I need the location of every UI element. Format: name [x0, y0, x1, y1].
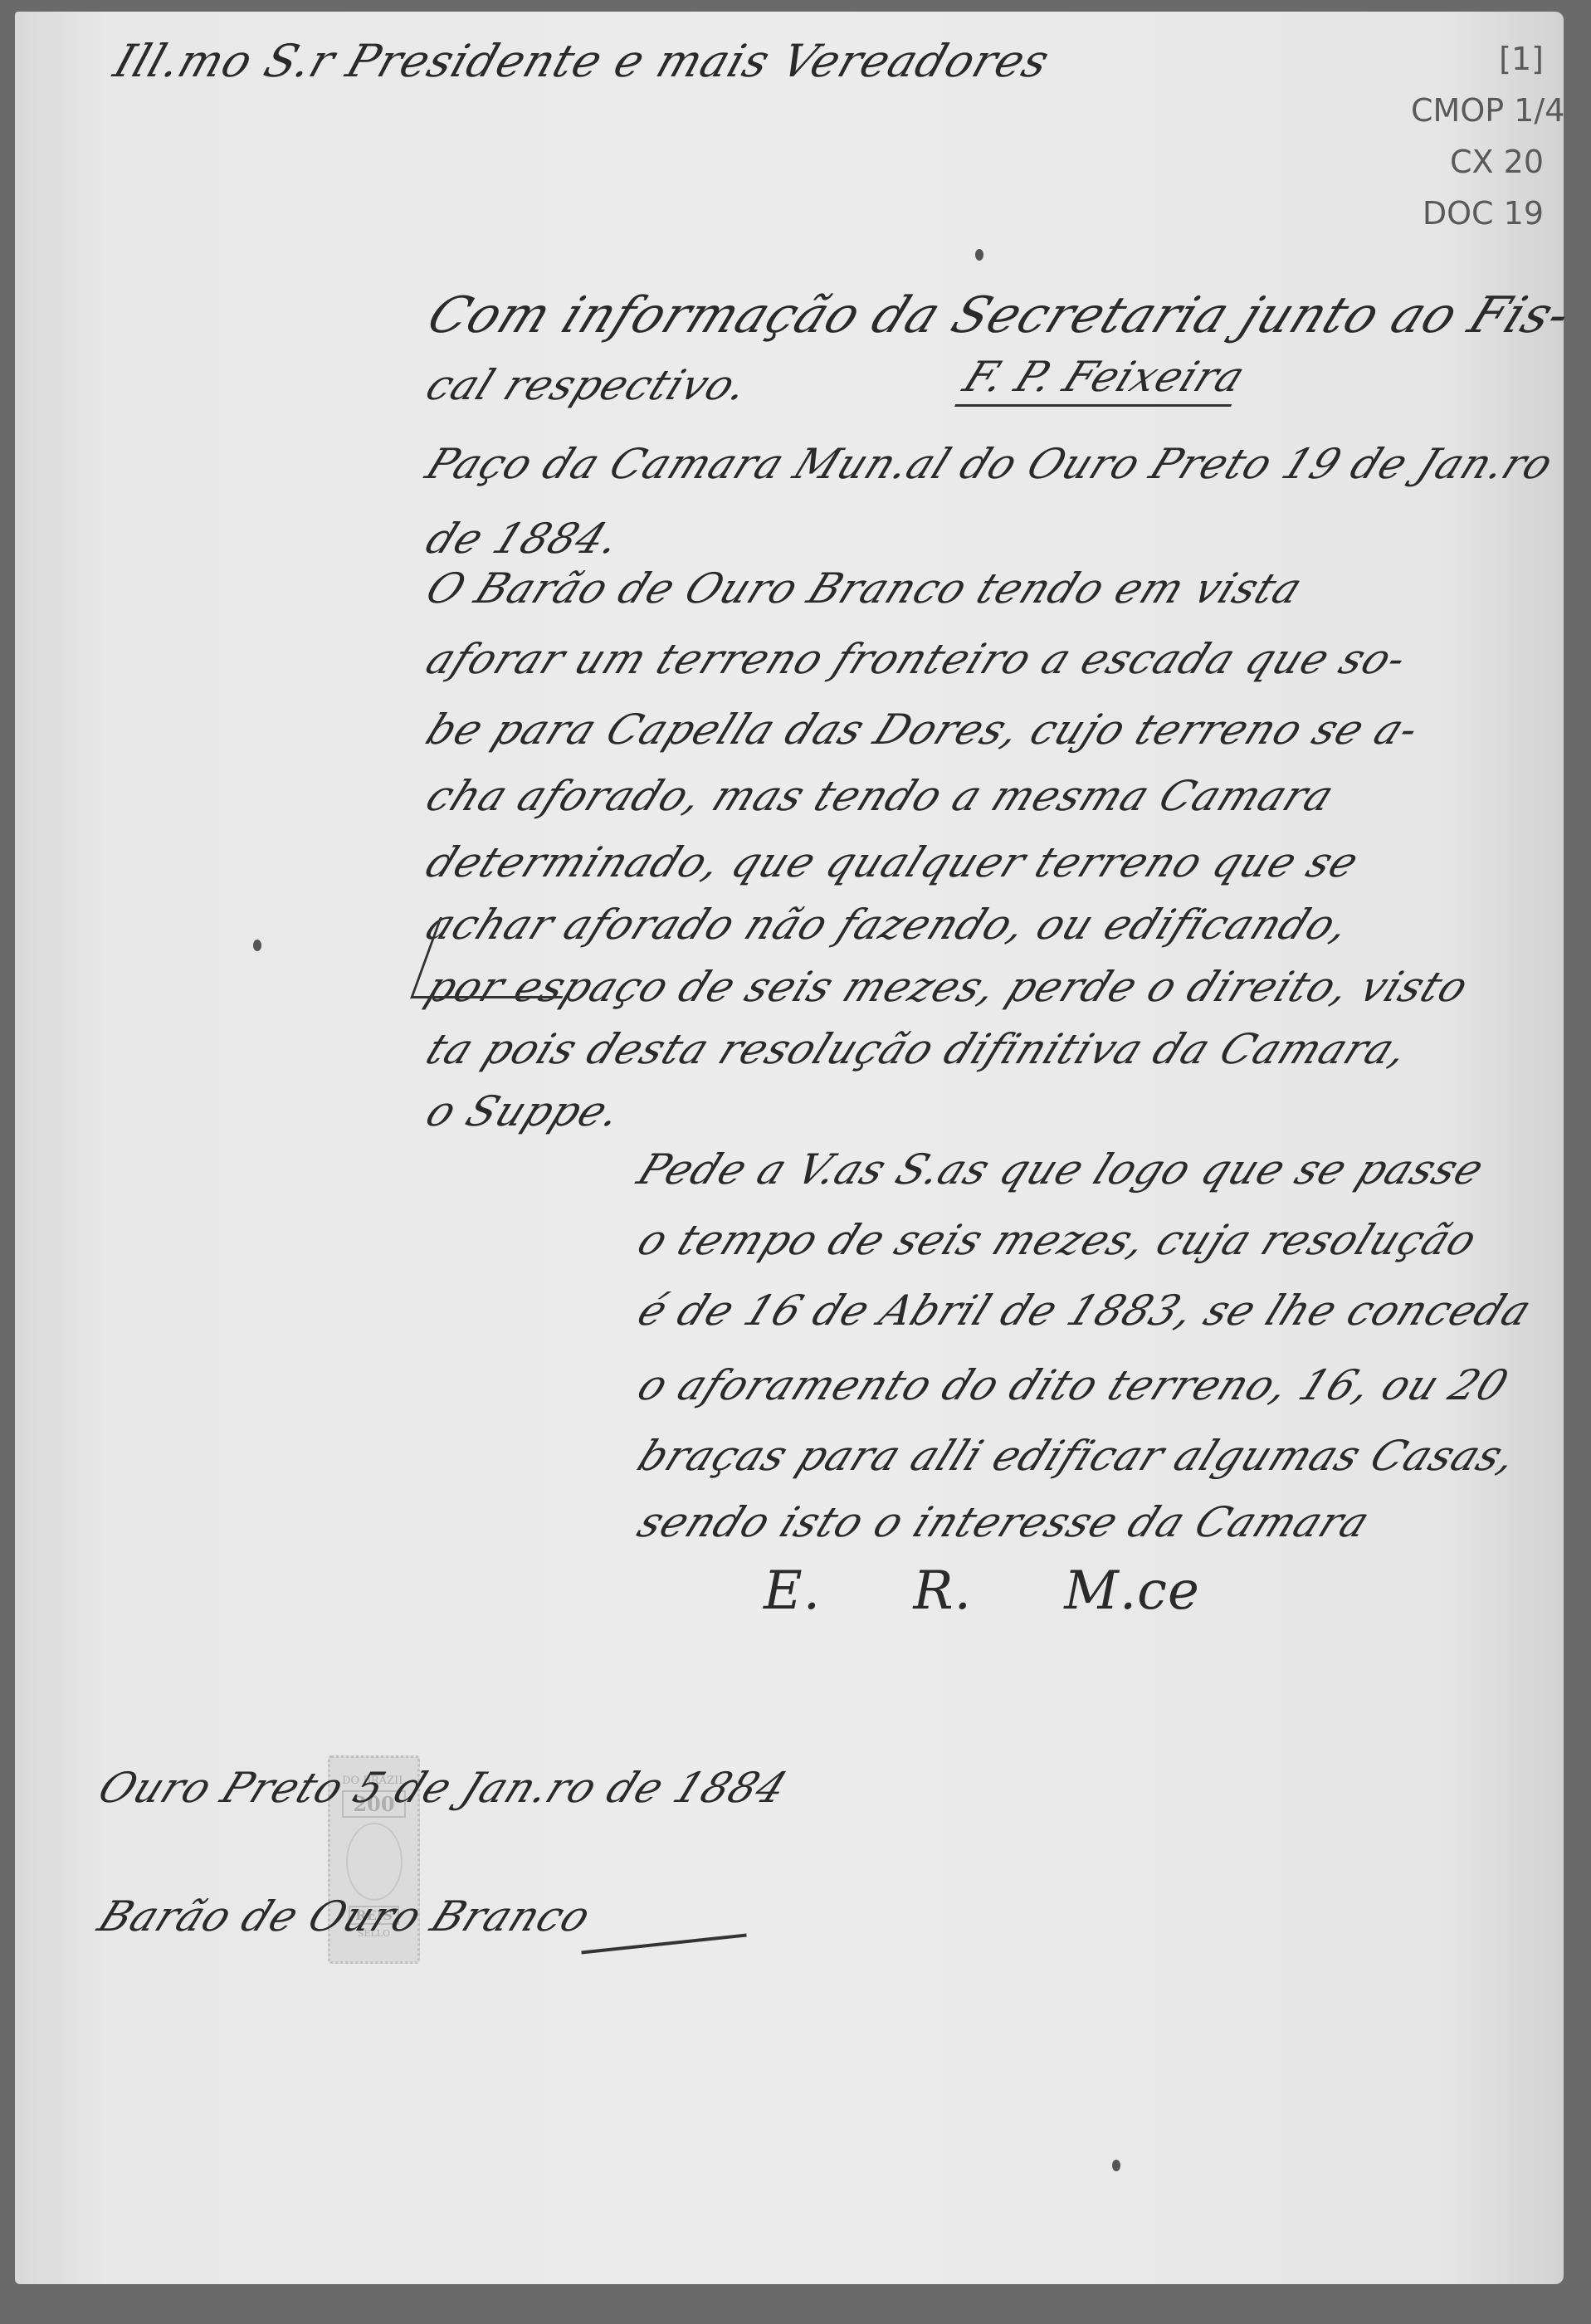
ink-speck [975, 249, 983, 261]
body-line: aforar um terreno fronteiro a escada que… [419, 635, 1414, 683]
addressee-line: Ill.mo S.r Presidente e mais Vereadores [108, 35, 1057, 87]
margin-bracket-mark [410, 917, 592, 998]
archive-mark-page: [1] [1411, 33, 1544, 85]
dispatch-line-2: cal respectivo. [419, 361, 756, 409]
body-line: cha aforado, mas tendo a mesma Camara [419, 772, 1342, 820]
stamp-portrait-icon [346, 1823, 403, 1901]
ink-speck [1112, 2160, 1120, 2171]
body-line: determinado, que qualquer terreno que se [419, 838, 1366, 886]
dispatch-line-4: de 1884. [419, 515, 628, 563]
body-line: por espaço de seis mezes, perde o direit… [419, 963, 1476, 1011]
petitioner-signature: Barão de Ouro Branco [91, 1892, 598, 1941]
archive-marks: [1] CMOP 1/4 CX 20 DOC 19 [1411, 33, 1544, 239]
ink-speck [253, 940, 261, 951]
place-date: Ouro Preto 5 de Jan.ro de 1884 [91, 1764, 795, 1812]
archive-mark-collection: CMOP 1/4 [1411, 85, 1544, 136]
request-line: sendo isto o interesse da Camara [631, 1498, 1378, 1546]
body-line: o Suppe. [419, 1087, 629, 1135]
dispatch-line-1: Com informação da Secretaria junto ao Fi… [419, 286, 1580, 344]
request-line: Pede a V.as S.as que logo que se passe [631, 1145, 1491, 1194]
archive-mark-box: CX 20 [1411, 136, 1544, 188]
body-line: ta pois desta resolução difinitiva da Ca… [419, 1025, 1417, 1073]
archive-mark-doc: DOC 19 [1411, 188, 1544, 239]
body-line: be para Capella das Dores, cujo terreno … [419, 705, 1427, 754]
request-line: o aforamento do dito terreno, 16, ou 20 [631, 1361, 1515, 1409]
dispatch-line-3: Paço da Camara Mun.al do Ouro Preto 19 d… [419, 440, 1561, 488]
closing-formula: E. R. M.ce [764, 1560, 1200, 1622]
request-line: é de 16 de Abril de 1883, se lhe conceda [631, 1286, 1539, 1335]
dispatch-signature: F. P. Feixeira [954, 353, 1252, 407]
body-line: O Barão de Ouro Branco tendo em vista [419, 564, 1310, 613]
request-line: o tempo de seis mezes, cuja resolução [631, 1216, 1485, 1264]
request-line: braças para alli edificar algumas Casas, [631, 1432, 1525, 1480]
